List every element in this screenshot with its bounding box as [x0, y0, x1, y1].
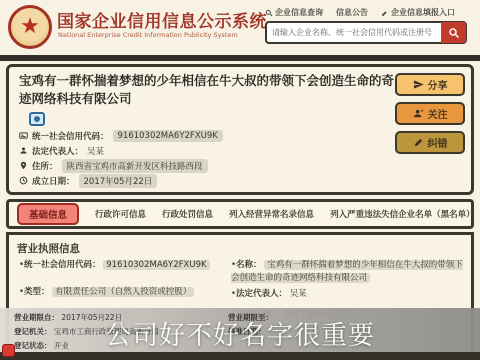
- field-label: 法定代表人：: [32, 145, 83, 157]
- location-pin-icon: [19, 161, 28, 170]
- pencil-icon: [413, 137, 424, 148]
- field-row: •类型： 有限责任公司（自然人投资或控股）: [19, 286, 227, 299]
- tab-blacklist[interactable]: 列入严重违法失信企业名单（黑名单）信息: [330, 208, 474, 220]
- tab-admin-license[interactable]: 行政许可信息: [95, 208, 146, 220]
- video-caption: 公司好不好名字很重要: [0, 315, 480, 352]
- share-button[interactable]: 分享: [395, 73, 465, 96]
- link-filing-entry[interactable]: 企业信息填报入口: [381, 7, 455, 18]
- caption-overlay: 营业期限自： 2017年05月22日 登记机关： 宝鸡市工商行政管理局高新分局 …: [0, 308, 480, 352]
- tab-bar: 基础信息 行政许可信息 行政处罚信息 列入经营异常名录信息 列入严重违法失信企业…: [6, 199, 474, 229]
- established-row: 成立日期： 2017年05月22日: [19, 174, 157, 187]
- field-label: 统一社会信用代码：: [24, 260, 101, 270]
- field-value: 有限责任公司（自然人投资或控股）: [52, 287, 194, 297]
- photo-badge-icon[interactable]: [29, 112, 45, 126]
- search-button[interactable]: [441, 22, 466, 43]
- tab-abnormal-list[interactable]: 列入经营异常名录信息: [229, 208, 314, 220]
- clock-icon: [19, 176, 28, 185]
- field-value: 吴某: [290, 289, 307, 299]
- site-title: 国家企业信用信息公示系统: [57, 7, 287, 32]
- company-name: 宝鸡有一群怀揣着梦想的少年相信在牛大叔的带领下会创造生命的奇迹网络科技有限公司: [19, 72, 397, 110]
- action-buttons: 分享 关注 纠错: [395, 73, 465, 154]
- field-label: 住所：: [32, 160, 58, 172]
- header-divider: [0, 55, 480, 61]
- id-card-icon: [19, 131, 28, 140]
- address-row: 住所： 陕西省宝鸡市高新开发区科技路西段: [19, 159, 208, 172]
- field-label: 法定代表人：: [236, 289, 287, 299]
- site-subtitle: National Enterprise Credit Information P…: [58, 31, 278, 39]
- national-emblem-logo: ★: [8, 5, 52, 49]
- tab-basic-info[interactable]: 基础信息: [17, 203, 79, 225]
- header: ★ 国家企业信用信息公示系统 National Enterprise Credi…: [0, 0, 480, 56]
- correction-button-label: 纠错: [428, 135, 448, 150]
- emblem-star-icon: ★: [20, 16, 40, 38]
- link-label: 企业信息查询: [275, 7, 323, 18]
- credit-code-value: 91610302MA6Y2FXU9K: [113, 130, 223, 142]
- field-label: 名称：: [236, 260, 262, 270]
- link-enterprise-query[interactable]: 企业信息查询: [265, 7, 323, 18]
- section-title: 营业执照信息: [17, 241, 80, 256]
- edit-icon: [381, 9, 389, 17]
- field-label: 统一社会信用代码：: [32, 130, 109, 142]
- legal-rep-row: 法定代表人： 吴某: [19, 144, 104, 157]
- legal-rep-value: 吴某: [87, 145, 104, 157]
- search-bar[interactable]: 请输入企业名称、统一社会信用代码或注册号: [265, 21, 467, 44]
- search-icon: [265, 9, 273, 17]
- person-icon: [19, 146, 28, 155]
- link-label: 信息公告: [336, 7, 368, 18]
- correction-button[interactable]: 纠错: [395, 131, 465, 154]
- field-value: 91610302MA6Y2FXU9K: [103, 260, 209, 270]
- watermark-logo: [2, 344, 15, 357]
- field-row: •法定代表人： 吴某: [231, 288, 469, 301]
- person-plus-icon: [413, 108, 424, 119]
- field-value: 宝鸡有一群怀揣着梦想的少年相信在牛大叔的带领下会创造生命的奇迹网络科技有限公司: [231, 260, 463, 283]
- page: ★ 国家企业信用信息公示系统 National Enterprise Credi…: [0, 0, 480, 360]
- bottom-strip: [0, 352, 480, 360]
- field-row: •名称： 宝鸡有一群怀揣着梦想的少年相信在牛大叔的带领下会创造生命的奇迹网络科技…: [231, 259, 469, 285]
- share-button-label: 分享: [428, 77, 448, 92]
- follow-button-label: 关注: [428, 106, 448, 121]
- link-announcements[interactable]: 信息公告: [336, 7, 368, 18]
- company-card: 宝鸡有一群怀揣着梦想的少年相信在牛大叔的带领下会创造生命的奇迹网络科技有限公司 …: [6, 64, 474, 195]
- tab-admin-penalty[interactable]: 行政处罚信息: [162, 208, 213, 220]
- link-label: 企业信息填报入口: [391, 7, 455, 18]
- follow-button[interactable]: 关注: [395, 102, 465, 125]
- search-icon: [448, 27, 460, 39]
- field-label: 成立日期：: [32, 175, 75, 187]
- field-row: •统一社会信用代码： 91610302MA6Y2FXU9K: [19, 259, 227, 272]
- field-label: 类型：: [24, 287, 50, 297]
- search-input[interactable]: 请输入企业名称、统一社会信用代码或注册号: [272, 27, 440, 38]
- credit-code-row: 统一社会信用代码： 91610302MA6Y2FXU9K: [19, 129, 223, 142]
- send-icon: [413, 79, 424, 90]
- header-links: 企业信息查询 信息公告 企业信息填报入口: [265, 7, 473, 18]
- address-value: 陕西省宝鸡市高新开发区科技路西段: [62, 159, 208, 173]
- established-value: 2017年05月22日: [79, 174, 158, 188]
